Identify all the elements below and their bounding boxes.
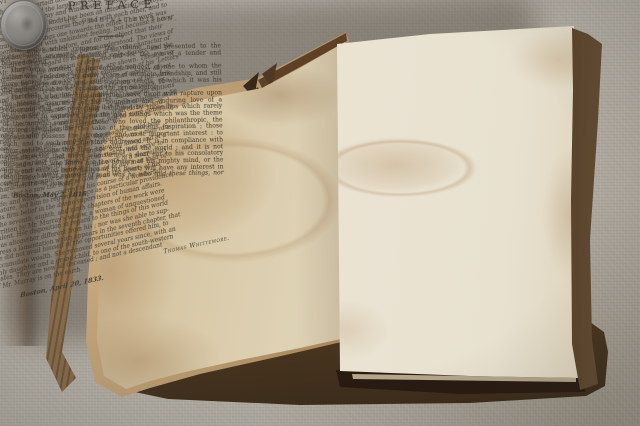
section-rule [98, 35, 124, 37]
paragraph-3-body: For those who, like this individual, hav… [2, 89, 224, 181]
book-photo: vi PREFACE. here given certain documents… [0, 0, 640, 426]
coin [0, 0, 47, 50]
right-page-paragraph-3: For those who, like this individual, hav… [2, 90, 224, 188]
